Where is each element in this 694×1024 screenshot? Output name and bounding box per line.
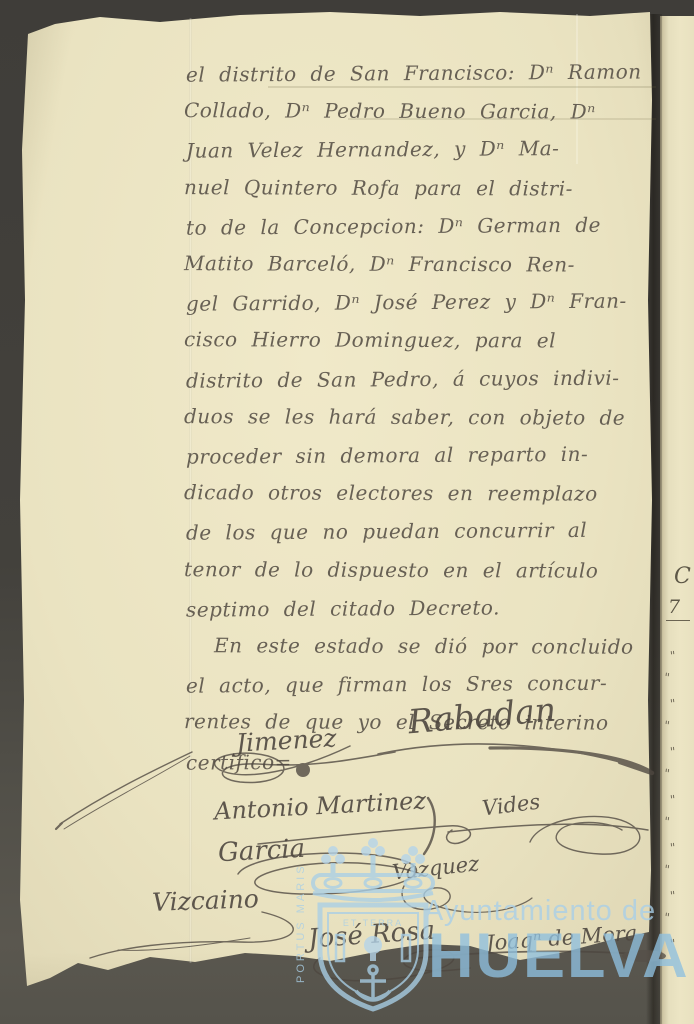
manuscript-line: dicado otros electores en reemplazo xyxy=(184,473,662,513)
manuscript-line: de los que no puedan concurrir al xyxy=(186,511,664,553)
manuscript-line: cisco Hierro Dominguez, para el xyxy=(184,321,662,361)
manuscript-line: nuel Quintero Rofa para el distri- xyxy=(184,168,662,208)
manuscript-line: En este estado se dió por concluido xyxy=(184,626,662,666)
ditto-mark: " xyxy=(663,670,691,687)
manuscript-line: gel Garrido, Dⁿ José Perez y Dⁿ Fran- xyxy=(186,282,664,324)
manuscript-line: tenor de lo dispuesto en el artículo xyxy=(184,550,662,590)
manuscript-line: Collado, Dⁿ Pedro Bueno Garcia, Dⁿ xyxy=(184,91,662,131)
signature-jimenez: Jimenez xyxy=(235,723,337,757)
ditto-mark: " xyxy=(669,743,690,759)
ditto-mark: " xyxy=(663,862,691,879)
ditto-mark: " xyxy=(663,766,691,783)
adjacent-page-edge: C 7 """"""""""""" xyxy=(660,16,694,1024)
manuscript-line: proceder sin demora al reparto in- xyxy=(186,434,664,476)
ditto-mark: " xyxy=(669,887,690,903)
ditto-mark: " xyxy=(669,791,690,807)
manuscript-line: Juan Velez Hernandez, y Dⁿ Ma- xyxy=(186,129,664,171)
manuscript-line: el acto, que firman los Sres concur- xyxy=(186,664,664,706)
photographed-manuscript: C 7 """"""""""""" el distrito de San Fra… xyxy=(0,0,694,1024)
manuscript-line: Matito Barceló, Dⁿ Francisco Ren- xyxy=(184,244,662,284)
ditto-mark: " xyxy=(663,718,691,735)
manuscript-line: to de la Concepcion: Dⁿ German de xyxy=(186,205,664,247)
manuscript-text: el distrito de San Francisco: Dⁿ RamonCo… xyxy=(186,54,664,780)
manuscript-line: el distrito de San Francisco: Dⁿ Ramon xyxy=(186,52,664,94)
manuscript-line: distrito de San Pedro, á cuyos indivi- xyxy=(186,358,664,400)
ditto-mark: " xyxy=(663,814,691,831)
ditto-mark: " xyxy=(669,935,690,951)
ditto-mark: " xyxy=(669,647,690,663)
manuscript-line: duos se les hará saber, con objeto de xyxy=(184,397,662,437)
signature-garcia: Garcia xyxy=(217,834,306,869)
ditto-mark: " xyxy=(669,839,690,855)
adjacent-page-ditto-marks: """"""""""""" xyxy=(664,648,690,950)
ditto-mark: " xyxy=(663,910,691,927)
signature-vizcaino: Vizcaino xyxy=(152,884,260,917)
adjacent-page-number: 7 xyxy=(666,596,690,621)
ditto-mark: " xyxy=(669,695,690,711)
manuscript-line: septimo del citado Decreto. xyxy=(186,587,664,629)
adjacent-page-letter: C xyxy=(674,564,691,589)
